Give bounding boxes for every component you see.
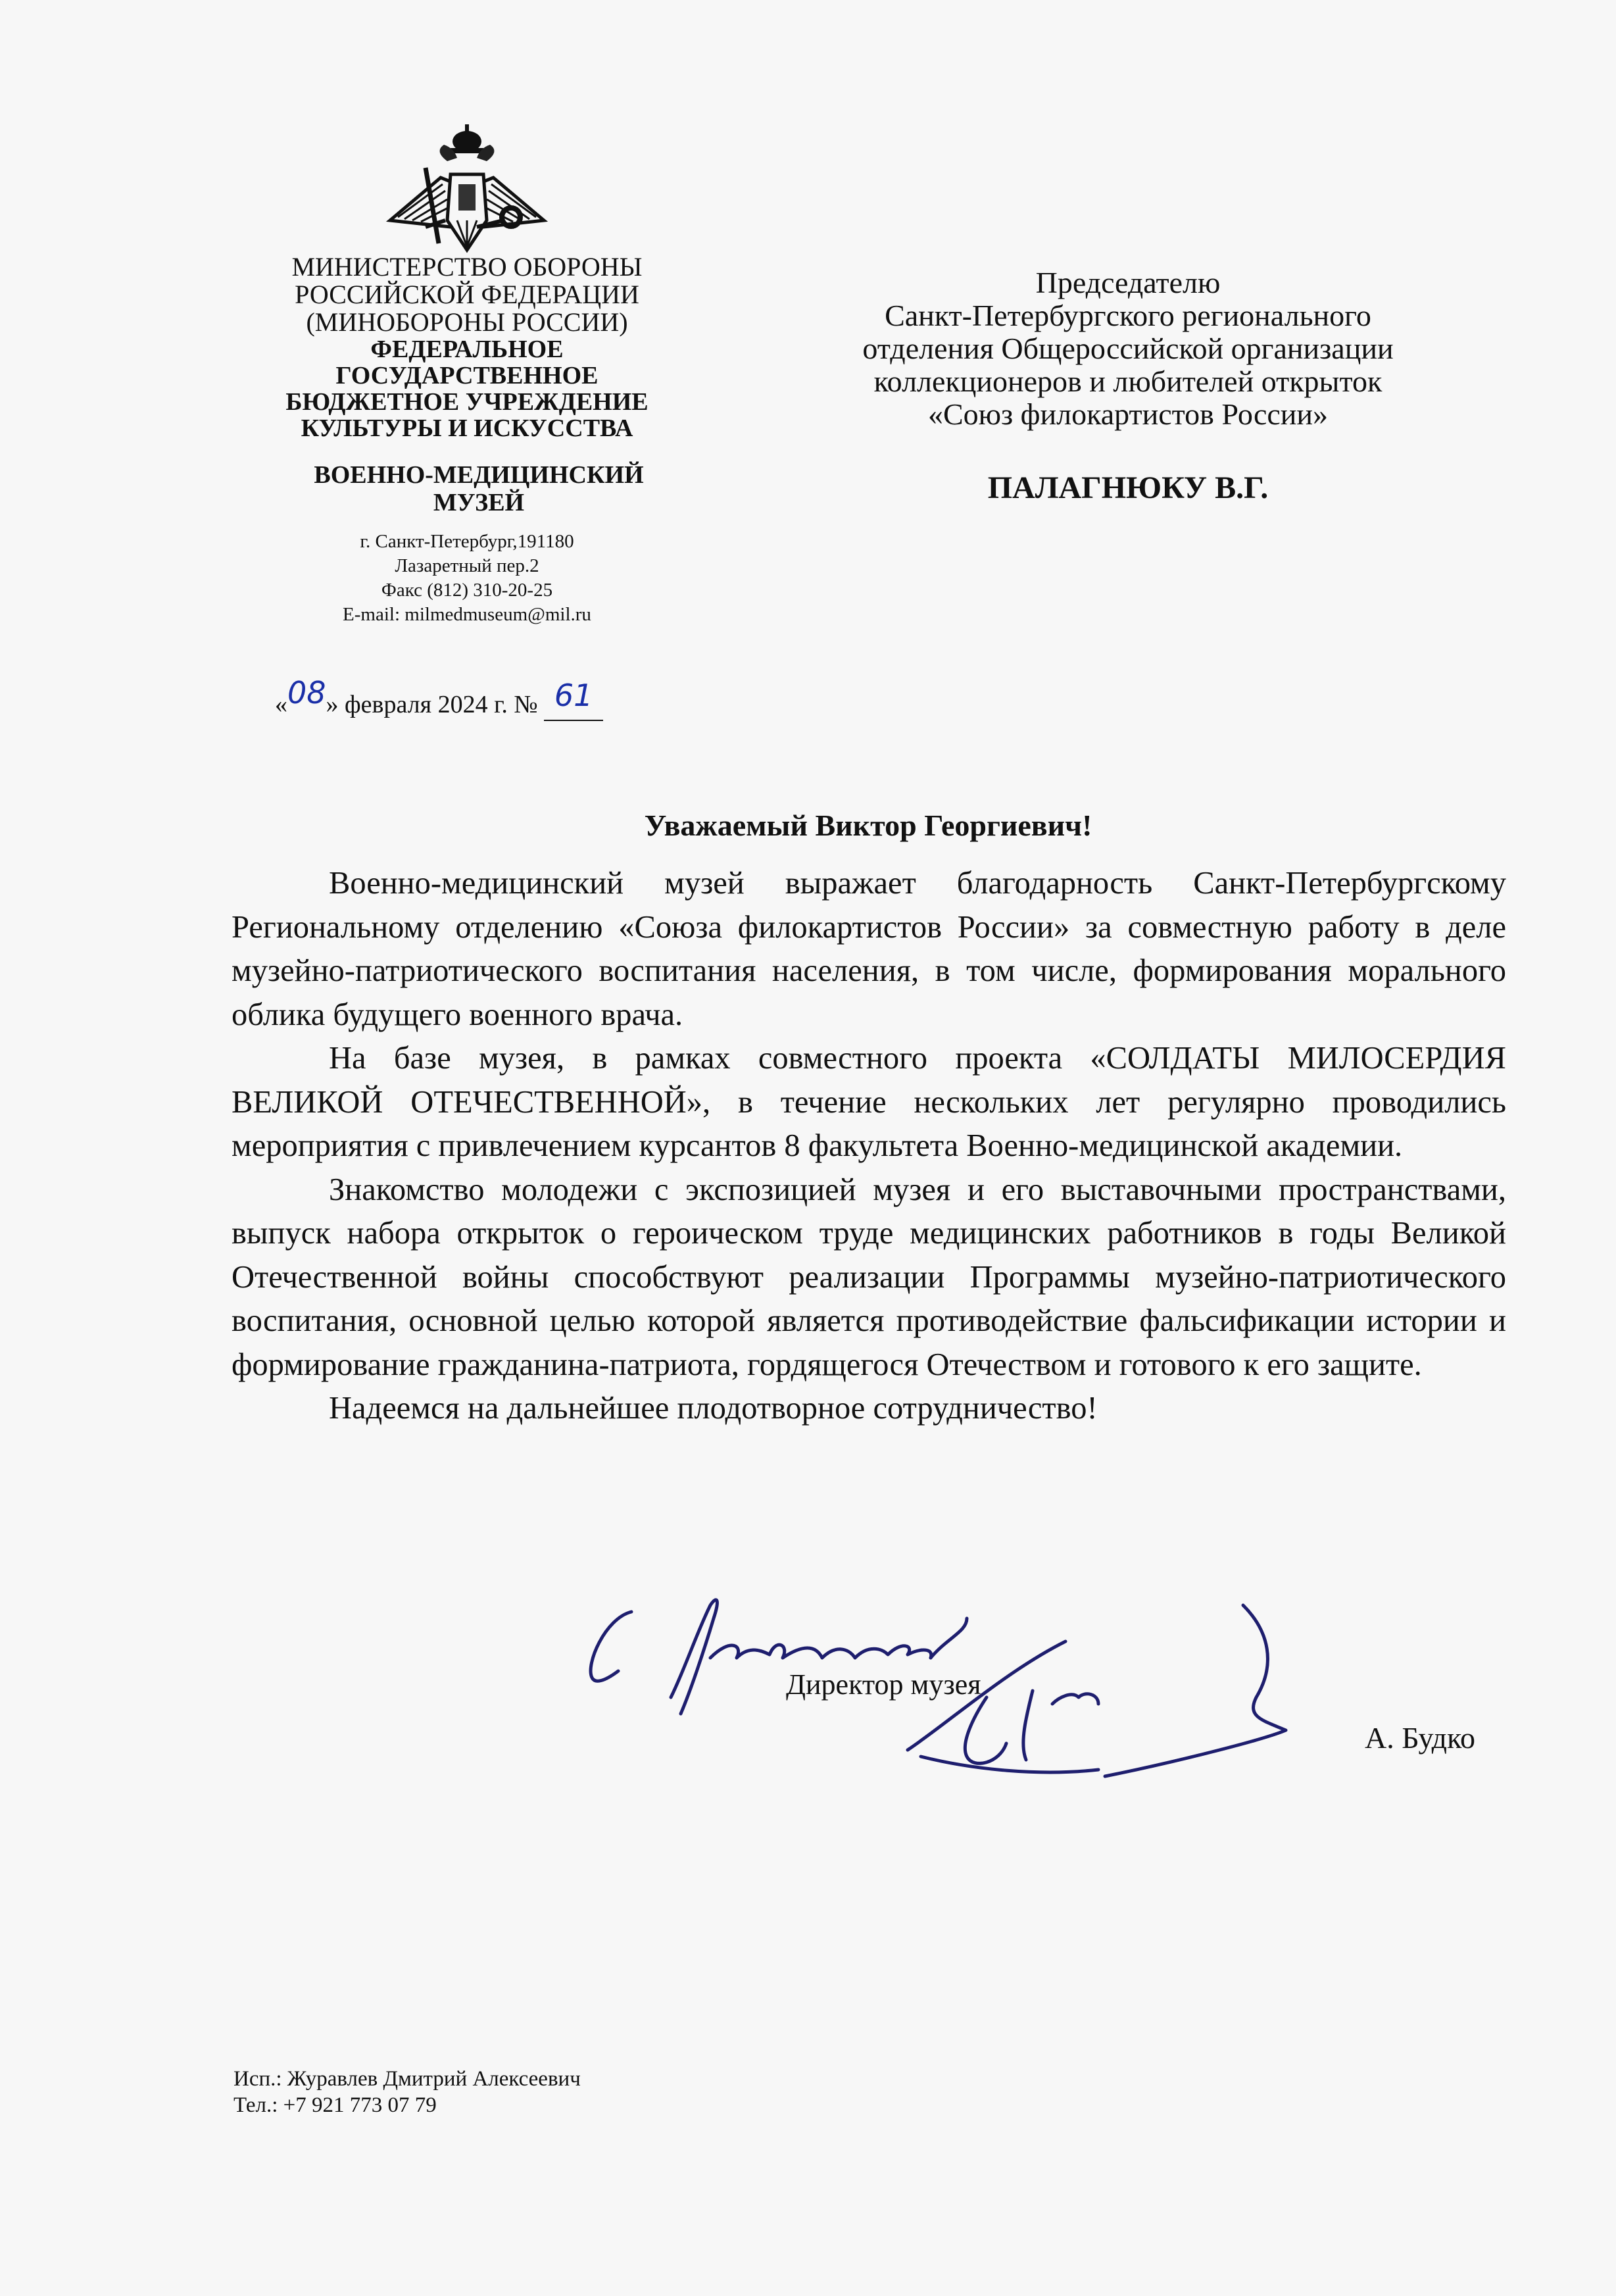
ministry-emblem-icon: [385, 122, 549, 253]
executor-name: Исп.: Журавлев Дмитрий Алексеевич: [233, 2066, 581, 2092]
executor-info: Исп.: Журавлев Дмитрий Алексеевич Тел.: …: [233, 2066, 581, 2118]
sender-address: г. Санкт-Петербург,191180 Лазаретный пер…: [263, 530, 671, 627]
letter-body: Военно-медицинский музей выражает благод…: [232, 862, 1506, 1431]
letter-date-number: «08» февраля 2024 г. № 61: [275, 684, 603, 721]
body-paragraph: Знакомство молодежи с экспозицией музея …: [232, 1168, 1506, 1387]
handwritten-closing-and-signature: [579, 1592, 1513, 1789]
recipient-block: Председателю Санкт-Петербургского регион…: [750, 266, 1506, 505]
body-paragraph: На базе музея, в рамках совместного прое…: [232, 1037, 1506, 1168]
address-street: Лазаретный пер.2: [263, 554, 671, 578]
address-email: E-mail: milmedmuseum@mil.ru: [263, 603, 671, 627]
date-open-quote: «: [275, 691, 287, 718]
executor-phone: Тел.: +7 921 773 07 79: [233, 2092, 581, 2118]
salutation: Уважаемый Виктор Георгиевич!: [224, 808, 1513, 843]
ministry-line: РОССИЙСКОЙ ФЕДЕРАЦИИ: [263, 281, 671, 309]
address-fax: Факс (812) 310-20-25: [263, 578, 671, 603]
museum-line: МУЗЕЙ: [287, 489, 671, 516]
institution-line: КУЛЬТУРЫ И ИСКУССТВА: [263, 415, 671, 441]
body-paragraph: Надеемся на дальнейшее плодотворное сотр…: [232, 1387, 1506, 1431]
letter-number-field: 61: [544, 684, 603, 721]
recipient-name: ПАЛАГНЮКУ В.Г.: [750, 472, 1506, 505]
ministry-line: (МИНОБОРОНЫ РОССИИ): [263, 309, 671, 336]
recipient-line: «Союз филокартистов России»: [750, 398, 1506, 431]
handwritten-day: 08: [287, 675, 326, 711]
sender-letterhead: МИНИСТЕРСТВО ОБОРОНЫ РОССИЙСКОЙ ФЕДЕРАЦИ…: [263, 253, 671, 627]
ministry-line: МИНИСТЕРСТВО ОБОРОНЫ: [263, 253, 671, 281]
ministry-name: МИНИСТЕРСТВО ОБОРОНЫ РОССИЙСКОЙ ФЕДЕРАЦИ…: [263, 253, 671, 336]
institution-line: ГОСУДАРСТВЕННОЕ: [263, 362, 671, 389]
museum-line: ВОЕННО-МЕДИЦИНСКИЙ: [287, 461, 671, 489]
signer-name: А. Будко: [1365, 1720, 1475, 1755]
recipient-line: Санкт-Петербургского регионального: [750, 299, 1506, 332]
handwritten-number: 61: [554, 678, 593, 713]
signer-title: Директор музея: [786, 1668, 981, 1701]
recipient-line: коллекционеров и любителей открыток: [750, 365, 1506, 398]
recipient-line: отделения Общероссийской организации: [750, 332, 1506, 365]
institution-line: БЮДЖЕТНОЕ УЧРЕЖДЕНИЕ: [263, 389, 671, 415]
institution-line: ФЕДЕРАЛЬНОЕ: [263, 336, 671, 362]
body-paragraph: Военно-медицинский музей выражает благод…: [232, 862, 1506, 1037]
institution-name: ФЕДЕРАЛЬНОЕ ГОСУДАРСТВЕННОЕ БЮДЖЕТНОЕ УЧ…: [263, 336, 671, 441]
address-city: г. Санкт-Петербург,191180: [263, 530, 671, 554]
museum-name: ВОЕННО-МЕДИЦИНСКИЙ МУЗЕЙ: [263, 461, 671, 516]
recipient-line: Председателю: [750, 266, 1506, 299]
date-rest: » февраля 2024 г. №: [326, 691, 538, 718]
handwritten-closing-icon: [591, 1612, 631, 1681]
